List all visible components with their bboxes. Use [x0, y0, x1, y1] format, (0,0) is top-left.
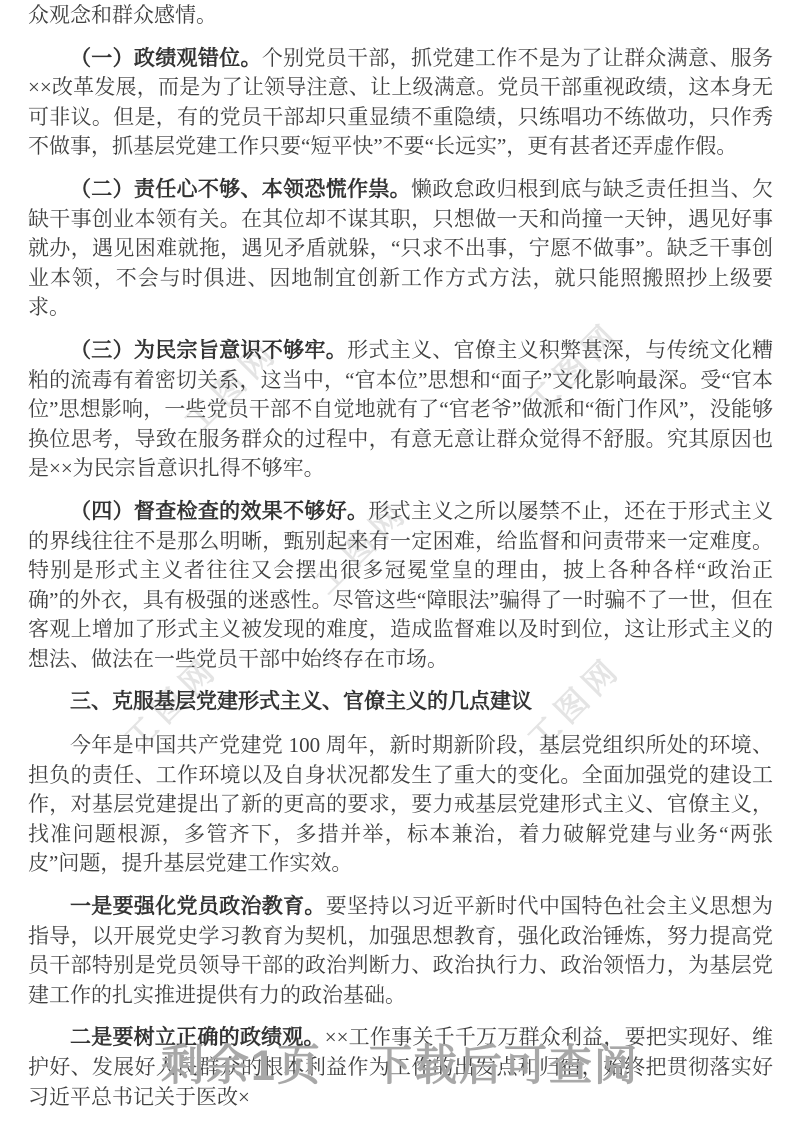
paragraph-suggestion-intro: 今年是中国共产党建党 100 周年，新时期新阶段，基层党组织所处的环境、担负的责… [28, 731, 773, 879]
paragraph-lead: （一）政绩观错位。 [70, 46, 262, 70]
document-preview-page: 工图网 工图网 工图网 工图网 工图网 众观念和群众感情。 （一）政绩观错位。个… [0, 0, 800, 1136]
paragraph-text: 形式主义之所以屡禁不止，还在于形式主义的界线往往不是那么明晰，甄别起来有一定困难… [28, 499, 773, 671]
section-heading: 三、克服基层党建形式主义、官僚主义的几点建议 [28, 687, 773, 717]
download-hint-label: 下载后可查阅 [369, 1032, 639, 1093]
continued-paragraph-line: 众观念和群众感情。 [28, 1, 773, 31]
paragraph-lead: （三）为民宗旨意识不够牢。 [70, 338, 347, 362]
document-body: 众观念和群众感情。 （一）政绩观错位。个别党员干部，抓党建工作不是为了让群众满意… [28, 0, 773, 1125]
paragraph-problem-2: （二）责任心不够、本领恐慌作祟。懒政怠政归根到底与缺乏责任担当、欠缺干事创业本领… [28, 175, 773, 323]
paragraph-problem-4: （四）督查检查的效果不够好。形式主义之所以屡禁不止，还在于形式主义的界线往往不是… [28, 497, 773, 675]
paragraph-suggestion-1: 一是要强化党员政治教育。要坚持以习近平新时代中国特色社会主义思想为指导，以开展党… [28, 892, 773, 1010]
preview-footer: 剩余1页 下载后可查阅 [0, 1032, 800, 1093]
paragraph-text: 今年是中国共产党建党 100 周年，新时期新阶段，基层党组织所处的环境、担负的责… [28, 733, 773, 875]
paragraph-problem-3: （三）为民宗旨意识不够牢。形式主义、官僚主义积弊甚深，与传统文化糟粕的流毒有着密… [28, 336, 773, 484]
paragraph-problem-1: （一）政绩观错位。个别党员干部，抓党建工作不是为了让群众满意、服务××改革发展，… [28, 44, 773, 162]
paragraph-lead: （四）督查检查的效果不够好。 [70, 499, 368, 523]
paragraph-lead: 一是要强化党员政治教育。 [70, 894, 326, 918]
paragraph-lead: （二）责任心不够、本领恐慌作祟。 [70, 177, 411, 201]
pages-remaining-label: 剩余1页 [161, 1032, 322, 1093]
